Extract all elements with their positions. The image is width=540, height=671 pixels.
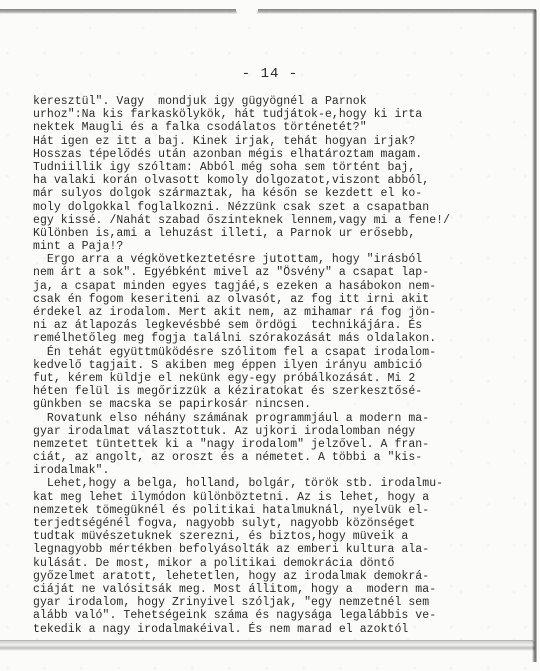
text-line: nem árt a sok". Egyébként mivel az "Ösvé… — [33, 266, 513, 279]
text-line: günkben se macska se papirkosár nincsen. — [33, 398, 513, 411]
text-line: ja, a csapat minden egyes tagjáé,s ezeke… — [33, 280, 513, 293]
text-line: Hosszas tépelődés után azonban mégis elh… — [33, 148, 513, 161]
text-line: egy kissé. /Nahát szabad őszinteknek len… — [33, 214, 513, 227]
text-line: gyar irodalmat választottuk. Az ujkori i… — [33, 425, 513, 438]
text-line: nektek Maugli és a falka csodálatos tört… — [33, 121, 513, 134]
text-line: héten felül is megőrizzük a kéziratokat … — [33, 385, 513, 398]
text-line: kat meg lehet ilymódon különböztetni. Az… — [33, 491, 513, 504]
text-line: győzelmet aratott, lehetetlen, hogy az i… — [33, 570, 513, 583]
page-top-notch — [236, 9, 258, 17]
text-line: Különben is,ami a lehuzást illeti, a Par… — [33, 227, 513, 240]
page-number: - 14 - — [0, 66, 540, 82]
text-line: már sulyos dolgok származtak, ha későn s… — [33, 187, 513, 200]
text-line: Hát igen ez itt a baj. Kinek irjak, tehá… — [33, 135, 513, 148]
page-bottom-edge-shadow — [0, 640, 535, 651]
text-line: gyar irodalom, hogy Zrinyivel szóljak, "… — [33, 596, 513, 609]
text-line: ha valaki korán olvasott komoly dolgozat… — [33, 174, 513, 187]
typewritten-body-text: keresztül". Vagy mondjuk igy gügyögnél a… — [33, 95, 513, 636]
text-line: fut, kérem küldje el nekünk egy-egy prób… — [33, 372, 513, 385]
text-line: moly dolgokkal foglalkozni. Nézzünk csak… — [33, 201, 513, 214]
text-line: mint a Paja!? — [33, 240, 513, 253]
text-line: keresztül". Vagy mondjuk igy gügyögnél a… — [33, 95, 513, 108]
scanned-page: - 14 - keresztül". Vagy mondjuk igy gügy… — [0, 0, 540, 671]
page-right-edge-shadow — [532, 10, 537, 662]
text-line: ciát, az angolt, az oroszt és a németet.… — [33, 451, 513, 464]
text-line: Lehet,hogy a belga, holland, bolgár, tör… — [33, 477, 513, 490]
text-line: remélhetőleg meg fogja találni szórakozá… — [33, 332, 513, 345]
page-top-edge-shadow — [0, 9, 536, 14]
text-line: legnagyobb mértékben befolyásolták az em… — [33, 543, 513, 556]
text-line: alább való". Tehetségeink száma és nagys… — [33, 609, 513, 622]
text-line: ni az átlapozás legkevésbbé sem ördögi t… — [33, 319, 513, 332]
text-line: Rovatunk elso néhány számának programmjá… — [33, 412, 513, 425]
text-line: ciáját ne valósitsák meg. Most állitom, … — [33, 583, 513, 596]
text-line: terjedtségénél fogva, nagyobb sulyt, nag… — [33, 517, 513, 530]
text-line: irodalmak". — [33, 464, 513, 477]
text-line: érdekel az irodalom. Mert akit nem, az m… — [33, 306, 513, 319]
text-line: Tudniillik igy szóltam: Abból még soha s… — [33, 161, 513, 174]
text-line: kedvelő tagjait. S akiben meg éppen ilye… — [33, 359, 513, 372]
text-line: tudtak müvészetuknek szerezni, és biztos… — [33, 530, 513, 543]
text-line: urhoz":Na kis farkaskölykök, hát tudjáto… — [33, 108, 513, 121]
text-line: Én tehát együttmüködésre szólitom fel a … — [33, 346, 513, 359]
text-line: Ergo arra a végkövetkeztetésre jutottam,… — [33, 253, 513, 266]
text-line: tekedik a nagy irodalmakéival. És nem ma… — [33, 623, 513, 636]
text-line: nemzetet tüntettek ki a "nagy irodalom" … — [33, 438, 513, 451]
text-line: kulását. De most, mikor a politikai demo… — [33, 557, 513, 570]
text-line: nemzetek tömegüknél és politikai hatalmu… — [33, 504, 513, 517]
text-line: csak én fogom keseriteni az olvasót, az … — [33, 293, 513, 306]
